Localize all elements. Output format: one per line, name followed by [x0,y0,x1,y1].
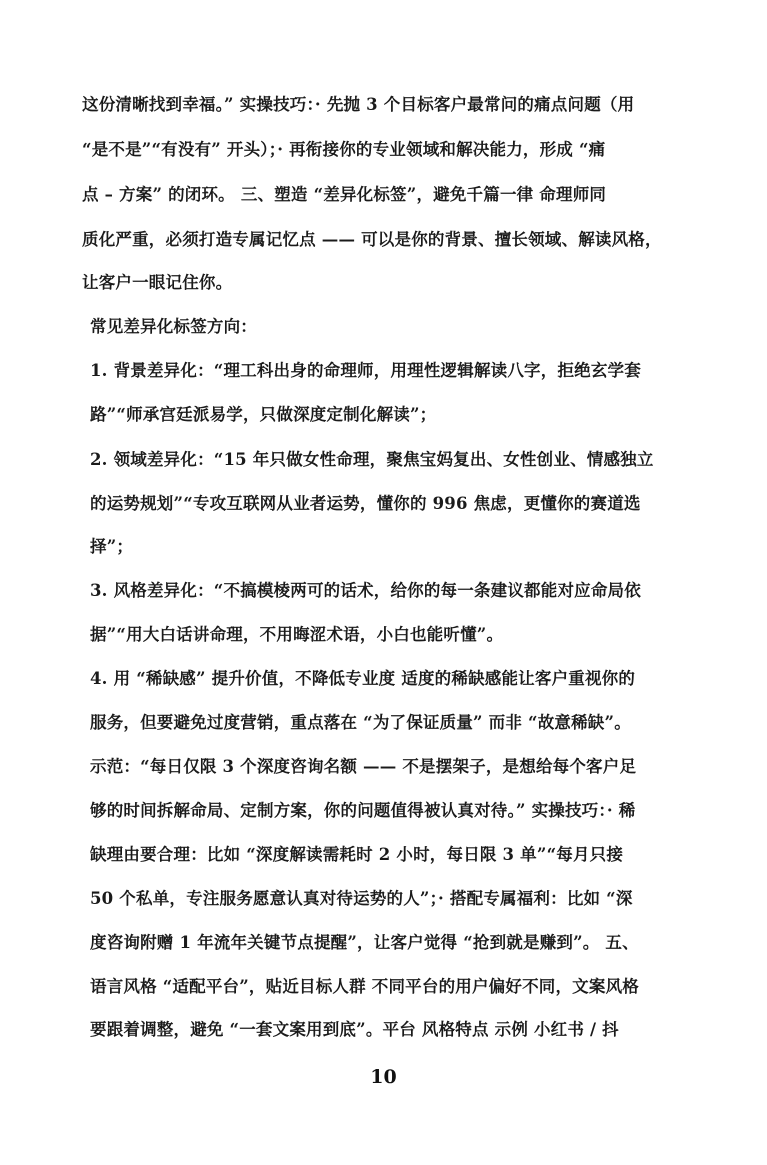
text-line: 路”“师承宫廷派易学，只做深度定制化解读”； [90,403,670,427]
list-item: 4. 用 “稀缺感” 提升价值，不降低专业度 适度的稀缺感能让客户重视你的 [90,667,670,691]
text-line: 质化严重，必须打造专属记忆点 —— 可以是你的背景、擅长领域、解读风格， [82,228,662,252]
text-line: 择”； [90,535,670,559]
text-line: 语言风格 “适配平台”，贴近目标人群 不同平台的用户偏好不同，文案风格 [90,975,670,999]
text-line: 服务，但要避免过度营销，重点落在 “为了保证质量” 而非 “故意稀缺”。 [90,711,670,735]
page-number: 10 [0,1066,767,1088]
text-line: 据”“用大白话讲命理，不用晦涩术语，小白也能听懂”。 [90,623,670,647]
text-line: 这份清晰找到幸福。” 实操技巧：· 先抛 3 个目标客户最常问的痛点问题（用 [82,93,662,117]
text-line: “是不是”“有没有” 开头）；· 再衔接你的专业领域和解决能力，形成 “痛 [82,138,662,162]
list-item: 1. 背景差异化：“理工科出身的命理师，用理性逻辑解读八字，拒绝玄学套 [90,359,670,383]
text-line: 度咨询附赠 1 年流年关键节点提醒”，让客户觉得 “抢到就是赚到”。 五、 [90,931,670,955]
text-line: 点 – 方案” 的闭环。 三、塑造 “差异化标签”，避免千篇一律 命理师同 [82,183,662,207]
text-line: 的运势规划”“专攻互联网从业者运势，懂你的 996 焦虑，更懂你的赛道选 [90,492,670,516]
document-page: 这份清晰找到幸福。” 实操技巧：· 先抛 3 个目标客户最常问的痛点问题（用 “… [0,0,767,1165]
text-line: 要跟着调整，避免 “一套文案用到底”。平台 风格特点 示例 小红书 / 抖 [90,1018,670,1042]
text-line: 让客户一眼记住你。 [82,271,662,295]
list-item: 3. 风格差异化：“不搞模棱两可的话术，给你的每一条建议都能对应命局依 [90,579,670,603]
section-heading: 常见差异化标签方向： [90,315,670,339]
text-line: 缺理由要合理：比如 “深度解读需耗时 2 小时，每日限 3 单”“每月只接 [90,843,670,867]
text-line: 示范：“每日仅限 3 个深度咨询名额 —— 不是摆架子，是想给每个客户足 [90,755,670,779]
list-item: 2. 领域差异化：“15 年只做女性命理，聚焦宝妈复出、女性创业、情感独立 [90,448,670,472]
text-line: 50 个私单，专注服务愿意认真对待运势的人”；· 搭配专属福利：比如 “深 [90,887,670,911]
text-line: 够的时间拆解命局、定制方案，你的问题值得被认真对待。” 实操技巧：· 稀 [90,799,670,823]
